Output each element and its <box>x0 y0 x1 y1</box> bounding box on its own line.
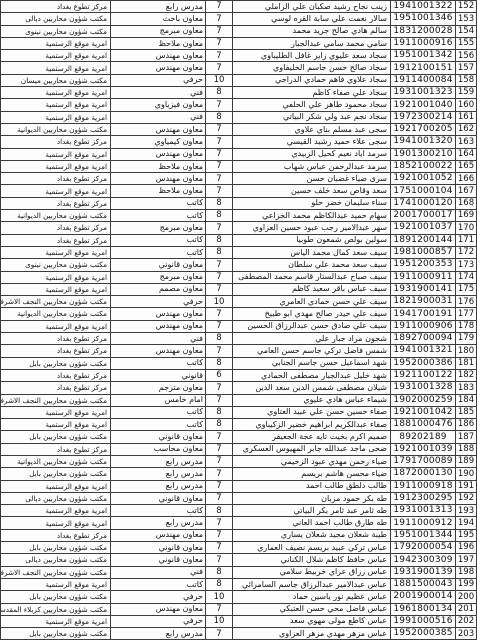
name-cell: طه طارق طالب احمد العاني <box>232 517 390 528</box>
office-cell: مكتب شؤون محاربين ميسان <box>0 75 110 86</box>
row-number-cell: 186 <box>455 419 477 430</box>
office-cell: مركز تطوع بغداد <box>0 1 110 12</box>
job-title-cell: حرفي <box>110 296 205 307</box>
id-number-cell: 1931900139 <box>390 567 455 578</box>
row-number-cell: 200 <box>455 591 477 602</box>
name-cell: سيف سعد محمد علي سلطان <box>232 259 390 270</box>
table-row: 1761821900031سيف علي حسن حمادي العامري10… <box>0 296 477 308</box>
job-title-cell: معاون مترجم <box>110 382 205 393</box>
grade-cell: 10 <box>205 296 232 307</box>
table-row: 1741911000911سيف صباح عبدالستار قاسم محم… <box>0 272 477 284</box>
id-number-cell: 1921001040 <box>390 99 455 110</box>
id-number-cell: 1941001321 <box>390 345 455 356</box>
grade-cell: 8 <box>205 567 232 578</box>
grade-cell: 7 <box>205 321 232 332</box>
id-number-cell: 1951200353 <box>390 259 455 270</box>
name-cell: صميم اكرم بخيت تايه عجة الجعيفر <box>232 431 390 442</box>
office-cell: مكتب شؤون محاربين بابل <box>0 591 110 602</box>
job-title-cell: معاون مصمم <box>110 284 205 295</box>
grade-cell: 7 <box>205 62 232 73</box>
row-number-cell: 196 <box>455 542 477 553</box>
office-cell: امرية موقع الرستمية <box>0 419 110 430</box>
grade-cell: 7 <box>205 308 232 319</box>
name-cell: سجاد سعد عليوي زاير غافل الطليباوي <box>232 50 390 61</box>
office-cell: مكتب شؤون محاربين بابل <box>0 628 110 639</box>
row-number-cell: 171 <box>455 235 477 246</box>
table-row: 1531951001346سالار نعمت علي سابة القره ل… <box>0 13 477 25</box>
name-cell: سيف عباس باقر سعيد كاظم <box>232 284 390 295</box>
name-cell: صفاء حسين حسن علي عبيد العتاوي <box>232 407 390 418</box>
office-cell: امرية موقع الرستمية <box>0 505 110 516</box>
name-cell: سامي محمد سامي عبدالجبار <box>232 38 390 49</box>
id-number-cell: 1901300210 <box>390 149 455 160</box>
table-row: 2011961800134عباس فاضل محي حسن العتبكي7م… <box>0 604 477 616</box>
name-cell: سجى علاء حميد رشيد القيسي <box>232 136 390 147</box>
grade-cell: 7 <box>205 173 232 184</box>
grade-cell: 7 <box>205 395 232 406</box>
table-row: 1791892700094شجون مراد جبار علي8فنيمركز … <box>0 333 477 345</box>
id-number-cell: 1921001039 <box>390 444 455 455</box>
name-cell: عباس كاطع مولى مهوي سعد <box>232 616 390 627</box>
job-title-cell: مدرس رابع <box>110 517 205 528</box>
office-cell: امرية موقع الرستمية <box>0 50 110 61</box>
grade-cell: 7 <box>205 517 232 528</box>
grade-cell: 7 <box>205 530 232 541</box>
id-number-cell: 1952000386 <box>390 358 455 369</box>
name-cell: سرمد عبدالرحمن عباس شهاب <box>232 161 390 172</box>
row-number-cell: 164 <box>455 149 477 160</box>
id-number-cell: 1921001037 <box>390 222 455 233</box>
job-title-cell: مدرس رابع <box>110 468 205 479</box>
id-number-cell: 1991000516 <box>390 616 455 627</box>
name-cell: سعد وقاص سعد خلف حسين <box>232 185 390 196</box>
table-row: 1921912300295طه بكر حمود مزبان7معاون قان… <box>0 493 477 505</box>
row-number-cell: 183 <box>455 382 477 393</box>
office-cell: مكتب شؤون محاربين النجف الاشرف <box>0 395 110 406</box>
row-number-cell: 172 <box>455 247 477 258</box>
grade-cell: 7 <box>205 456 232 467</box>
table-row: 1611972300214سجاد نجم عبد ولي شكر البيات… <box>0 112 477 124</box>
table-row: 1801941001321شمس فاضل تركي جاسم حسن العا… <box>0 345 477 357</box>
name-cell: سناء سليمان خضر حلو <box>232 198 390 209</box>
id-number-cell: 1751000104 <box>390 185 455 196</box>
scanned-roster-page: 1521941001322زينب نجاح رشيد صكبان علي ال… <box>0 0 477 640</box>
id-number-cell: 1951001346 <box>390 13 455 24</box>
row-number-cell: 202 <box>455 616 477 627</box>
id-number-cell: 1881500043 <box>390 579 455 590</box>
job-title-cell: معاون مبرمج <box>110 26 205 37</box>
table-row: 1811952000386شهد اسماعيل حسن جاسم الجناب… <box>0 358 477 370</box>
grade-cell: 8 <box>205 419 232 430</box>
row-number-cell: 177 <box>455 308 477 319</box>
row-number-cell: 189 <box>455 456 477 467</box>
office-cell: مكتب شؤون محاربين ديالى <box>0 13 110 24</box>
table-row: 1721981000857سيف سعد كمال محمد الياس8كات… <box>0 247 477 259</box>
row-number-cell: 181 <box>455 358 477 369</box>
table-row: 1711891200144سولين بولص شمعون طوبيا8كاتب… <box>0 235 477 247</box>
grade-cell: 6 <box>205 370 232 381</box>
id-number-cell: 1951001344 <box>390 530 455 541</box>
id-number-cell: 1831200028 <box>390 26 455 37</box>
grade-cell: 7 <box>205 38 232 49</box>
id-number-cell: 1911400084 <box>390 75 455 86</box>
id-number-cell: 1792000054 <box>390 542 455 553</box>
table-row: 1521941001322زينب نجاح رشيد صكبان علي ال… <box>0 1 477 13</box>
id-number-cell: 1961800134 <box>390 604 455 615</box>
grade-cell: 7 <box>205 50 232 61</box>
grade-cell: 7 <box>205 13 232 24</box>
row-number-cell: 157 <box>455 62 477 73</box>
id-number-cell: 1941700191 <box>390 308 455 319</box>
row-number-cell: 158 <box>455 75 477 86</box>
job-title-cell: معاون مهندس <box>110 530 205 541</box>
job-title-cell: معاون ملاحظ <box>110 161 205 172</box>
job-title-cell: معاون مهندس <box>110 308 205 319</box>
name-cell: عباس عبدالامير عبدالرزاق جاسم السامرائي <box>232 579 390 590</box>
name-cell: عباس حافظ كاظم شلال الكناني <box>232 554 390 565</box>
office-cell: مكتب شؤون محاربين الديوانية <box>0 456 110 467</box>
row-number-cell: 178 <box>455 321 477 332</box>
row-number-cell: 166 <box>455 173 477 184</box>
id-number-cell: 1852100022 <box>390 161 455 172</box>
name-cell: شيماء عباس هادي عليوي <box>232 395 390 406</box>
id-number-cell: 1902000259 <box>390 395 455 406</box>
id-number-cell: 1931001313 <box>390 505 455 516</box>
table-row: 1851921001042صفاء حسين حسن علي عبيد العت… <box>0 407 477 419</box>
row-number-cell: 185 <box>455 407 477 418</box>
table-row: 1731951200353سيف سعد محمد علي سلطان7معاو… <box>0 259 477 271</box>
grade-cell: 8 <box>205 87 232 98</box>
row-number-cell: 162 <box>455 124 477 135</box>
office-cell: مركز تطوع بغداد <box>0 235 110 246</box>
grade-cell: 7 <box>205 99 232 110</box>
id-number-cell: 1821900031 <box>390 296 455 307</box>
name-cell: طه ثامر عبد ثامر بكر البياتي <box>232 505 390 516</box>
name-cell: سجى عبد مسلم بناي علاوي <box>232 124 390 135</box>
row-number-cell: 165 <box>455 161 477 172</box>
office-cell: مركز تطوع بغداد <box>0 333 110 344</box>
row-number-cell: 180 <box>455 345 477 356</box>
grade-cell: 8 <box>205 210 232 221</box>
grade-cell: 7 <box>205 542 232 553</box>
row-number-cell: 163 <box>455 136 477 147</box>
office-cell: مركز تطوع بغداد <box>0 345 110 356</box>
row-number-cell: 191 <box>455 481 477 492</box>
office-cell: امرية موقع الرستمية <box>0 247 110 258</box>
job-title-cell: معاون مهندس <box>110 124 205 135</box>
id-number-cell: 1881000476 <box>390 419 455 430</box>
job-title-cell: قانوني <box>110 370 205 381</box>
id-number-cell: 1892700094 <box>390 333 455 344</box>
row-number-cell: 190 <box>455 468 477 479</box>
office-cell: امرية موقع الرستمية <box>0 272 110 283</box>
table-row: 1692001700017سهام حميد عبدالكاظم محمد ال… <box>0 210 477 222</box>
row-number-cell: 152 <box>455 1 477 12</box>
grade-cell: 7 <box>205 185 232 196</box>
job-title-cell: كاتب <box>110 505 205 516</box>
table-row: 1661921001052سرى ضياء غضبان حسن7معاون مه… <box>0 173 477 185</box>
office-cell: امرية موقع الرستمية <box>0 579 110 590</box>
id-number-cell: 1911000918 <box>390 481 455 492</box>
table-row: 1571912100151سجاد صالح حسن جاسم الخليفاو… <box>0 62 477 74</box>
job-title-cell: كاتب <box>110 198 205 209</box>
row-number-cell: 201 <box>455 604 477 615</box>
office-cell: مركز تطوع بغداد <box>0 198 110 209</box>
table-row: 2031952000385عباس مزهر مهدي مزهر العزاوي… <box>0 628 477 640</box>
table-row: 2021991000516عباس كاطع مولى مهوي سعد10حر… <box>0 616 477 628</box>
name-cell: سالم هادي صالح جريد محمد <box>232 26 390 37</box>
job-title-cell: كاتب <box>110 358 205 369</box>
grade-cell: 7 <box>205 222 232 233</box>
row-number-cell: 174 <box>455 272 477 283</box>
grade-cell: 7 <box>205 1 232 12</box>
job-title-cell: حرفي <box>110 591 205 602</box>
row-number-cell: 199 <box>455 579 477 590</box>
job-title-cell: مدرس رابع <box>110 456 205 467</box>
grade-cell: 7 <box>205 604 232 615</box>
id-number-cell: 1942300309 <box>390 554 455 565</box>
id-number-cell: 1981000857 <box>390 247 455 258</box>
job-title-cell: معاون ملاحظ <box>110 185 205 196</box>
row-number-cell: 195 <box>455 530 477 541</box>
grade-cell: 10 <box>205 591 232 602</box>
id-number-cell: 1891200144 <box>390 235 455 246</box>
job-title-cell: مدرس رابع <box>110 481 205 492</box>
grade-cell: 7 <box>205 444 232 455</box>
job-title-cell: كاتب <box>110 235 205 246</box>
table-row: 1981931900139عباس رزاق عزاي خربيط سلامي8… <box>0 567 477 579</box>
job-title-cell: فني <box>110 333 205 344</box>
name-cell: سيف علي صادق حسن عبدالرزاق الحسين <box>232 321 390 332</box>
table-row: 1991881500043عباس عبدالامير عبدالرزاق جا… <box>0 579 477 591</box>
job-title-cell: معاون قانوني <box>110 493 205 504</box>
job-title-cell: معاون فيزياوي <box>110 99 205 110</box>
office-cell: مكتب شؤون محاربين بابل <box>0 542 110 553</box>
grade-cell: 7 <box>205 161 232 172</box>
office-cell: مكتب شؤون محاربين الديوانية <box>0 124 110 135</box>
table-row: 1861881000476صفاء عبدالكريم ابراهيم خضير… <box>0 419 477 431</box>
table-row: 1881921001039ضحى ماجد عبدالله جابر المهي… <box>0 444 477 456</box>
job-title-cell: معاون مهندس <box>110 321 205 332</box>
table-row: 1901872000130ضياء محسن هاشم بريسم7مدرس ر… <box>0 468 477 480</box>
row-number-cell: 154 <box>455 26 477 37</box>
row-number-cell: 197 <box>455 554 477 565</box>
id-number-cell: 89202189 <box>390 431 455 442</box>
office-cell: امرية موقع الرستمية <box>0 161 110 172</box>
grade-cell: 7 <box>205 259 232 270</box>
office-cell: مكتب شؤون محاربين النجف الاشرف <box>0 567 110 578</box>
grade-cell: 7 <box>205 284 232 295</box>
table-row: 1581911400084سجاد علاوي فاهم حمادي الدرا… <box>0 75 477 87</box>
office-cell: امرية موقع الرستمية <box>0 481 110 492</box>
table-row: 1831931001328شيلان مصطفى شمس الدين سعد ا… <box>0 382 477 394</box>
grade-cell: 8 <box>205 407 232 418</box>
name-cell: عباس مزهر مهدي مزهر العزاوي <box>232 628 390 639</box>
job-title-cell: معاون مهندس <box>110 50 205 61</box>
job-title-cell: مدرس رابع <box>110 1 205 12</box>
id-number-cell: 1921001042 <box>390 407 455 418</box>
job-title-cell: معاون مهندس <box>110 345 205 356</box>
job-title-cell: معاون قانوني <box>110 431 205 442</box>
job-title-cell: معاون مهندس <box>110 62 205 73</box>
id-number-cell: 1921100122 <box>390 370 455 381</box>
job-title-cell: معاون قانوني <box>110 259 205 270</box>
office-cell: مركز تطوع بغداد <box>0 530 110 541</box>
name-cell: طه بكر حمود مزبان <box>232 493 390 504</box>
job-title-cell: امام خامس <box>110 395 205 406</box>
office-cell: مركز تطوع بغداد <box>0 222 110 233</box>
table-row: 1541831200028سالم هادي صالح جريد محمد7مع… <box>0 26 477 38</box>
name-cell: سيف علي حسن حمادي العامري <box>232 296 390 307</box>
office-cell: مركز تطوع بغداد <box>0 173 110 184</box>
id-number-cell: 1931001323 <box>390 87 455 98</box>
name-cell: ضياء محسن هاشم بريسم <box>232 468 390 479</box>
name-cell: شهد اسماعيل حسن جاسم الجنابي <box>232 358 390 369</box>
office-cell: مركز تطوع بغداد <box>0 136 110 147</box>
grade-cell: 8 <box>205 505 232 516</box>
job-title-cell: كاتب <box>110 210 205 221</box>
table-row: 1561951001342سجاد سعد عليوي زاير غافل ال… <box>0 50 477 62</box>
name-cell: سهام حميد عبدالكاظم محمد الخزاعي <box>232 210 390 221</box>
row-number-cell: 184 <box>455 395 477 406</box>
name-cell: شيلان مصطفى شمس الدين سعد الدين <box>232 382 390 393</box>
table-row: 1911911000918طالب دلطق طالب احمد7مدرس را… <box>0 481 477 493</box>
job-title-cell: مدرس رابع <box>110 628 205 639</box>
id-number-cell: 1941001322 <box>390 1 455 12</box>
job-title-cell: معاون مهندس <box>110 173 205 184</box>
table-row: 1931931001313طه ثامر عبد ثامر بكر البيات… <box>0 505 477 517</box>
office-cell: مركز تطوع بغداد <box>0 382 110 393</box>
id-number-cell: 1952000385 <box>390 628 455 639</box>
name-cell: سيف صباح عبدالستار قاسم محمد المصطفى <box>232 272 390 283</box>
office-cell: مركز تطوع بغداد <box>0 370 110 381</box>
row-number-cell: 187 <box>455 431 477 442</box>
office-cell: امرية موقع الرستمية <box>0 284 110 295</box>
name-cell: سجاد علي صفاء كاظم <box>232 87 390 98</box>
id-number-cell: 1951001342 <box>390 50 455 61</box>
name-cell: صفاء عبدالكريم ابراهيم خضير الزكيباوي <box>232 419 390 430</box>
table-row: 1781911000906سيف علي صادق حسن عبدالرزاق … <box>0 321 477 333</box>
grade-cell: 7 <box>205 149 232 160</box>
row-number-cell: 153 <box>455 13 477 24</box>
office-cell: امرية موقع الرستمية <box>0 112 110 123</box>
grade-cell: 8 <box>205 358 232 369</box>
name-cell: سجاد صالح حسن جاسم الخليفاوي <box>232 62 390 73</box>
office-cell: امرية موقع الرستمية <box>0 517 110 528</box>
row-number-cell: 159 <box>455 87 477 98</box>
grade-cell: 7 <box>205 554 232 565</box>
office-cell: امرية موقع الرستمية <box>0 185 110 196</box>
office-cell: مكتب شؤون محاربين بابل <box>0 358 110 369</box>
job-title-cell: معاون ملاحظ <box>110 38 205 49</box>
id-number-cell: 1921700205 <box>390 124 455 135</box>
name-cell: سجاد محمود طاهر علي الحلفي <box>232 99 390 110</box>
office-cell: امرية موقع الرستمية <box>0 99 110 110</box>
grade-cell: 7 <box>205 124 232 135</box>
office-cell: مكتب شؤون محاربين ديالى <box>0 554 110 565</box>
id-number-cell: 1931001328 <box>390 382 455 393</box>
name-cell: طالب دلطق طالب احمد <box>232 481 390 492</box>
office-cell: امرية موقع الرستمية <box>0 38 110 49</box>
job-title-cell: معاون قانوني <box>110 542 205 553</box>
grade-cell: 7 <box>205 431 232 442</box>
office-cell: مكتب شؤون محاربين بابل <box>0 431 110 442</box>
grade-cell: 8 <box>205 579 232 590</box>
office-cell: مكتب شؤون محاربين نينوى <box>0 26 110 37</box>
grade-cell: 10 <box>205 75 232 86</box>
row-number-cell: 182 <box>455 370 477 381</box>
job-title-cell: معاون مبرمج <box>110 272 205 283</box>
name-cell: زينب نجاح رشيد صكبان علي الزاملي <box>232 1 390 12</box>
row-number-cell: 167 <box>455 185 477 196</box>
name-cell: سجاد علاوي فاهم حمادي الدراجي <box>232 75 390 86</box>
grade-cell: 7 <box>205 382 232 393</box>
row-number-cell: 169 <box>455 210 477 221</box>
name-cell: سجاد نجم عبد ولي شكر البياتي <box>232 112 390 123</box>
job-title-cell: معاون كيمياوي <box>110 136 205 147</box>
name-cell: شمس فاضل تركي جاسم حسن العامي <box>232 345 390 356</box>
table-row: 1701921001037سهر عبدالامير رجب عبود حسين… <box>0 222 477 234</box>
name-cell: عباس فاضل محي حسن العتبكي <box>232 604 390 615</box>
office-cell: مكتب شؤون محاربين ديالى <box>0 493 110 504</box>
id-number-cell: 2001700017 <box>390 210 455 221</box>
row-number-cell: 170 <box>455 222 477 233</box>
id-number-cell: 1911000906 <box>390 321 455 332</box>
grade-cell: 8 <box>205 333 232 344</box>
id-number-cell: 1941001320 <box>390 136 455 147</box>
name-cell: عباس رزاق عزاي خربيط سلامي <box>232 567 390 578</box>
job-title-cell: معاون مهندس <box>110 149 205 160</box>
table-row: 1751931900141سيف عباس باقر سعيد كاظم7معا… <box>0 284 477 296</box>
grade-cell: 10 <box>205 616 232 627</box>
office-cell: مكتب شؤون محاربين كربلاء المقدسة <box>0 604 110 615</box>
grade-cell: 8 <box>205 198 232 209</box>
table-row: 1651852100022سرمد عبدالرحمن عباس شهاب7مع… <box>0 161 477 173</box>
grade-cell: 7 <box>205 468 232 479</box>
grade-cell: 8 <box>205 112 232 123</box>
office-cell: مركز تطوع بغداد <box>0 444 110 455</box>
row-number-cell: 168 <box>455 198 477 209</box>
row-number-cell: 194 <box>455 517 477 528</box>
office-cell: امرية موقع الرستمية <box>0 149 110 160</box>
table-row: 1591931001323سجاد علي صفاء كاظم8فنيامرية… <box>0 87 477 99</box>
job-title-cell: معاون مهندس <box>110 604 205 615</box>
row-number-cell: 155 <box>455 38 477 49</box>
name-cell: شجون مراد جبار علي <box>232 333 390 344</box>
id-number-cell: 1911000912 <box>390 517 455 528</box>
table-row: 1951951001344طيبة شعلان مجيد شعلان يساري… <box>0 530 477 542</box>
office-cell: مكتب شؤون محاربين الديوانية <box>0 210 110 221</box>
job-title-cell: فني <box>110 567 205 578</box>
job-title-cell: حرفي <box>110 616 205 627</box>
name-cell: سرى ضياء غضبان حسن <box>232 173 390 184</box>
table-row: 1671751000104سعد وقاص سعد خلف حسين7معاون… <box>0 185 477 197</box>
table-row: 18789202189صميم اكرم بخيت تايه عجة الجعي… <box>0 431 477 443</box>
table-row: 1891791700089ضياء رحمن مهدي عبود الزحيمي… <box>0 456 477 468</box>
grade-cell: 7 <box>205 481 232 492</box>
name-cell: سالار نعمت علي سابة القره لوسي <box>232 13 390 24</box>
row-number-cell: 161 <box>455 112 477 123</box>
name-cell: سولين بولص شمعون طوبيا <box>232 235 390 246</box>
table-row: 1961792000054عباس تركي عبيد بريسم نصيف ا… <box>0 542 477 554</box>
id-number-cell: 1912100151 <box>390 62 455 73</box>
table-row: 1821921100122شهد خليل عبدالجبار مصطفى ال… <box>0 370 477 382</box>
grade-cell: 7 <box>205 272 232 283</box>
row-number-cell: 188 <box>455 444 477 455</box>
office-cell: مكتب شؤون محاربين النجف الاشرف <box>0 296 110 307</box>
job-title-cell: كاتب <box>110 419 205 430</box>
id-number-cell: 1911000911 <box>390 272 455 283</box>
